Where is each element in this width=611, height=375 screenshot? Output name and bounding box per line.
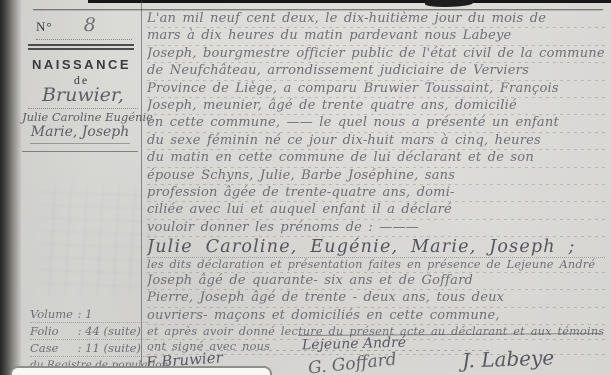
registry-volume-row: Volume : 1 <box>30 306 148 323</box>
deed-text-body: L'an mil neuf cent deux, le dix-huitième… <box>147 11 605 355</box>
deed-text-line: Pierre, Joseph âgé de trente - deux ans,… <box>147 290 605 307</box>
deed-text-line: ciliée avec lui et auquel enfant il a dé… <box>147 202 605 219</box>
bottom-overlay-partial <box>10 366 272 375</box>
deed-text-line: Joseph, bourgmestre officier public de l… <box>147 46 605 63</box>
deed-text-line: vouloir donner les prénoms de : ——— <box>147 220 605 237</box>
deed-text-line: Joseph âgé de quarante- six ans et de Go… <box>147 273 605 290</box>
deed-text-line: de Neufchâteau, arrondissement judiciair… <box>147 63 605 80</box>
margin-firstnames-line1: Julie Caroline Eugénie <box>22 110 141 124</box>
deed-text-line: Joseph, meunier, âgé de trente quatre an… <box>147 98 605 115</box>
margin-surname: Bruwier, <box>28 84 138 109</box>
deed-text-line: du sexe féminin né ce jour dix-huit mars… <box>147 133 605 150</box>
deed-text-line: Julie Caroline, Eugénie, Marie, Joseph ; <box>147 237 605 258</box>
deed-text-line: profession âgée de trente-quatre ans, do… <box>147 185 605 202</box>
deed-text-line: du matin en cette commune de lui déclara… <box>147 150 605 167</box>
ink-bleed-through <box>40 185 156 295</box>
act-number-value: 8 <box>84 14 96 36</box>
margin-double-rule <box>28 44 134 50</box>
registry-reference-block: Volume : 1 Folio : 44 (suite) Case : 11 … <box>30 306 148 373</box>
deed-text-line: épouse Schyns, Julie, Barbe Joséphine, s… <box>147 168 605 185</box>
margin-column: N° 8 NAISSANCE de Bruwier, Julie Carolin… <box>22 0 141 375</box>
deed-text-line: mars à dix heures du matin pardevant nou… <box>147 28 605 45</box>
case-value: : 11 (suite) <box>78 341 141 355</box>
book-binding-shadow <box>0 0 22 375</box>
act-number-row: N° 8 <box>36 14 132 40</box>
margin-firstnames-line2: Marie, Joseph <box>30 124 130 144</box>
registry-case-row: Case : 11 (suite) <box>30 340 148 357</box>
scanned-birth-record-page: { "colors": { "paper": "#d9d8d5", "handw… <box>0 0 611 375</box>
act-type-heading: NAISSANCE <box>22 57 141 72</box>
scan-edge-bar <box>88 0 611 3</box>
case-label: Case <box>30 340 74 356</box>
deed-text-line: les dits déclaration et présentation fai… <box>147 258 605 273</box>
folio-label: Folio <box>30 323 74 339</box>
signature-officer-labeye: J. Labeye <box>462 345 555 372</box>
act-number-label: N° <box>36 19 53 34</box>
folio-value: : 44 (suite) <box>78 324 141 338</box>
deed-text-line: Province de Liège, a comparu Bruwier Tou… <box>147 81 605 98</box>
scan-edge-mark <box>425 0 473 7</box>
deed-text-line: L'an mil neuf cent deux, le dix-huitième… <box>147 11 605 28</box>
deed-text-line: en cette commune, —— le quel nous a prés… <box>147 115 605 132</box>
registry-folio-row: Folio : 44 (suite) <box>30 323 148 340</box>
margin-bottom-rule <box>22 151 138 152</box>
volume-value: : 1 <box>78 307 93 321</box>
volume-label: Volume <box>30 306 74 322</box>
deed-text-line: ouvriers- maçons et domiciliés en cette … <box>147 308 605 325</box>
